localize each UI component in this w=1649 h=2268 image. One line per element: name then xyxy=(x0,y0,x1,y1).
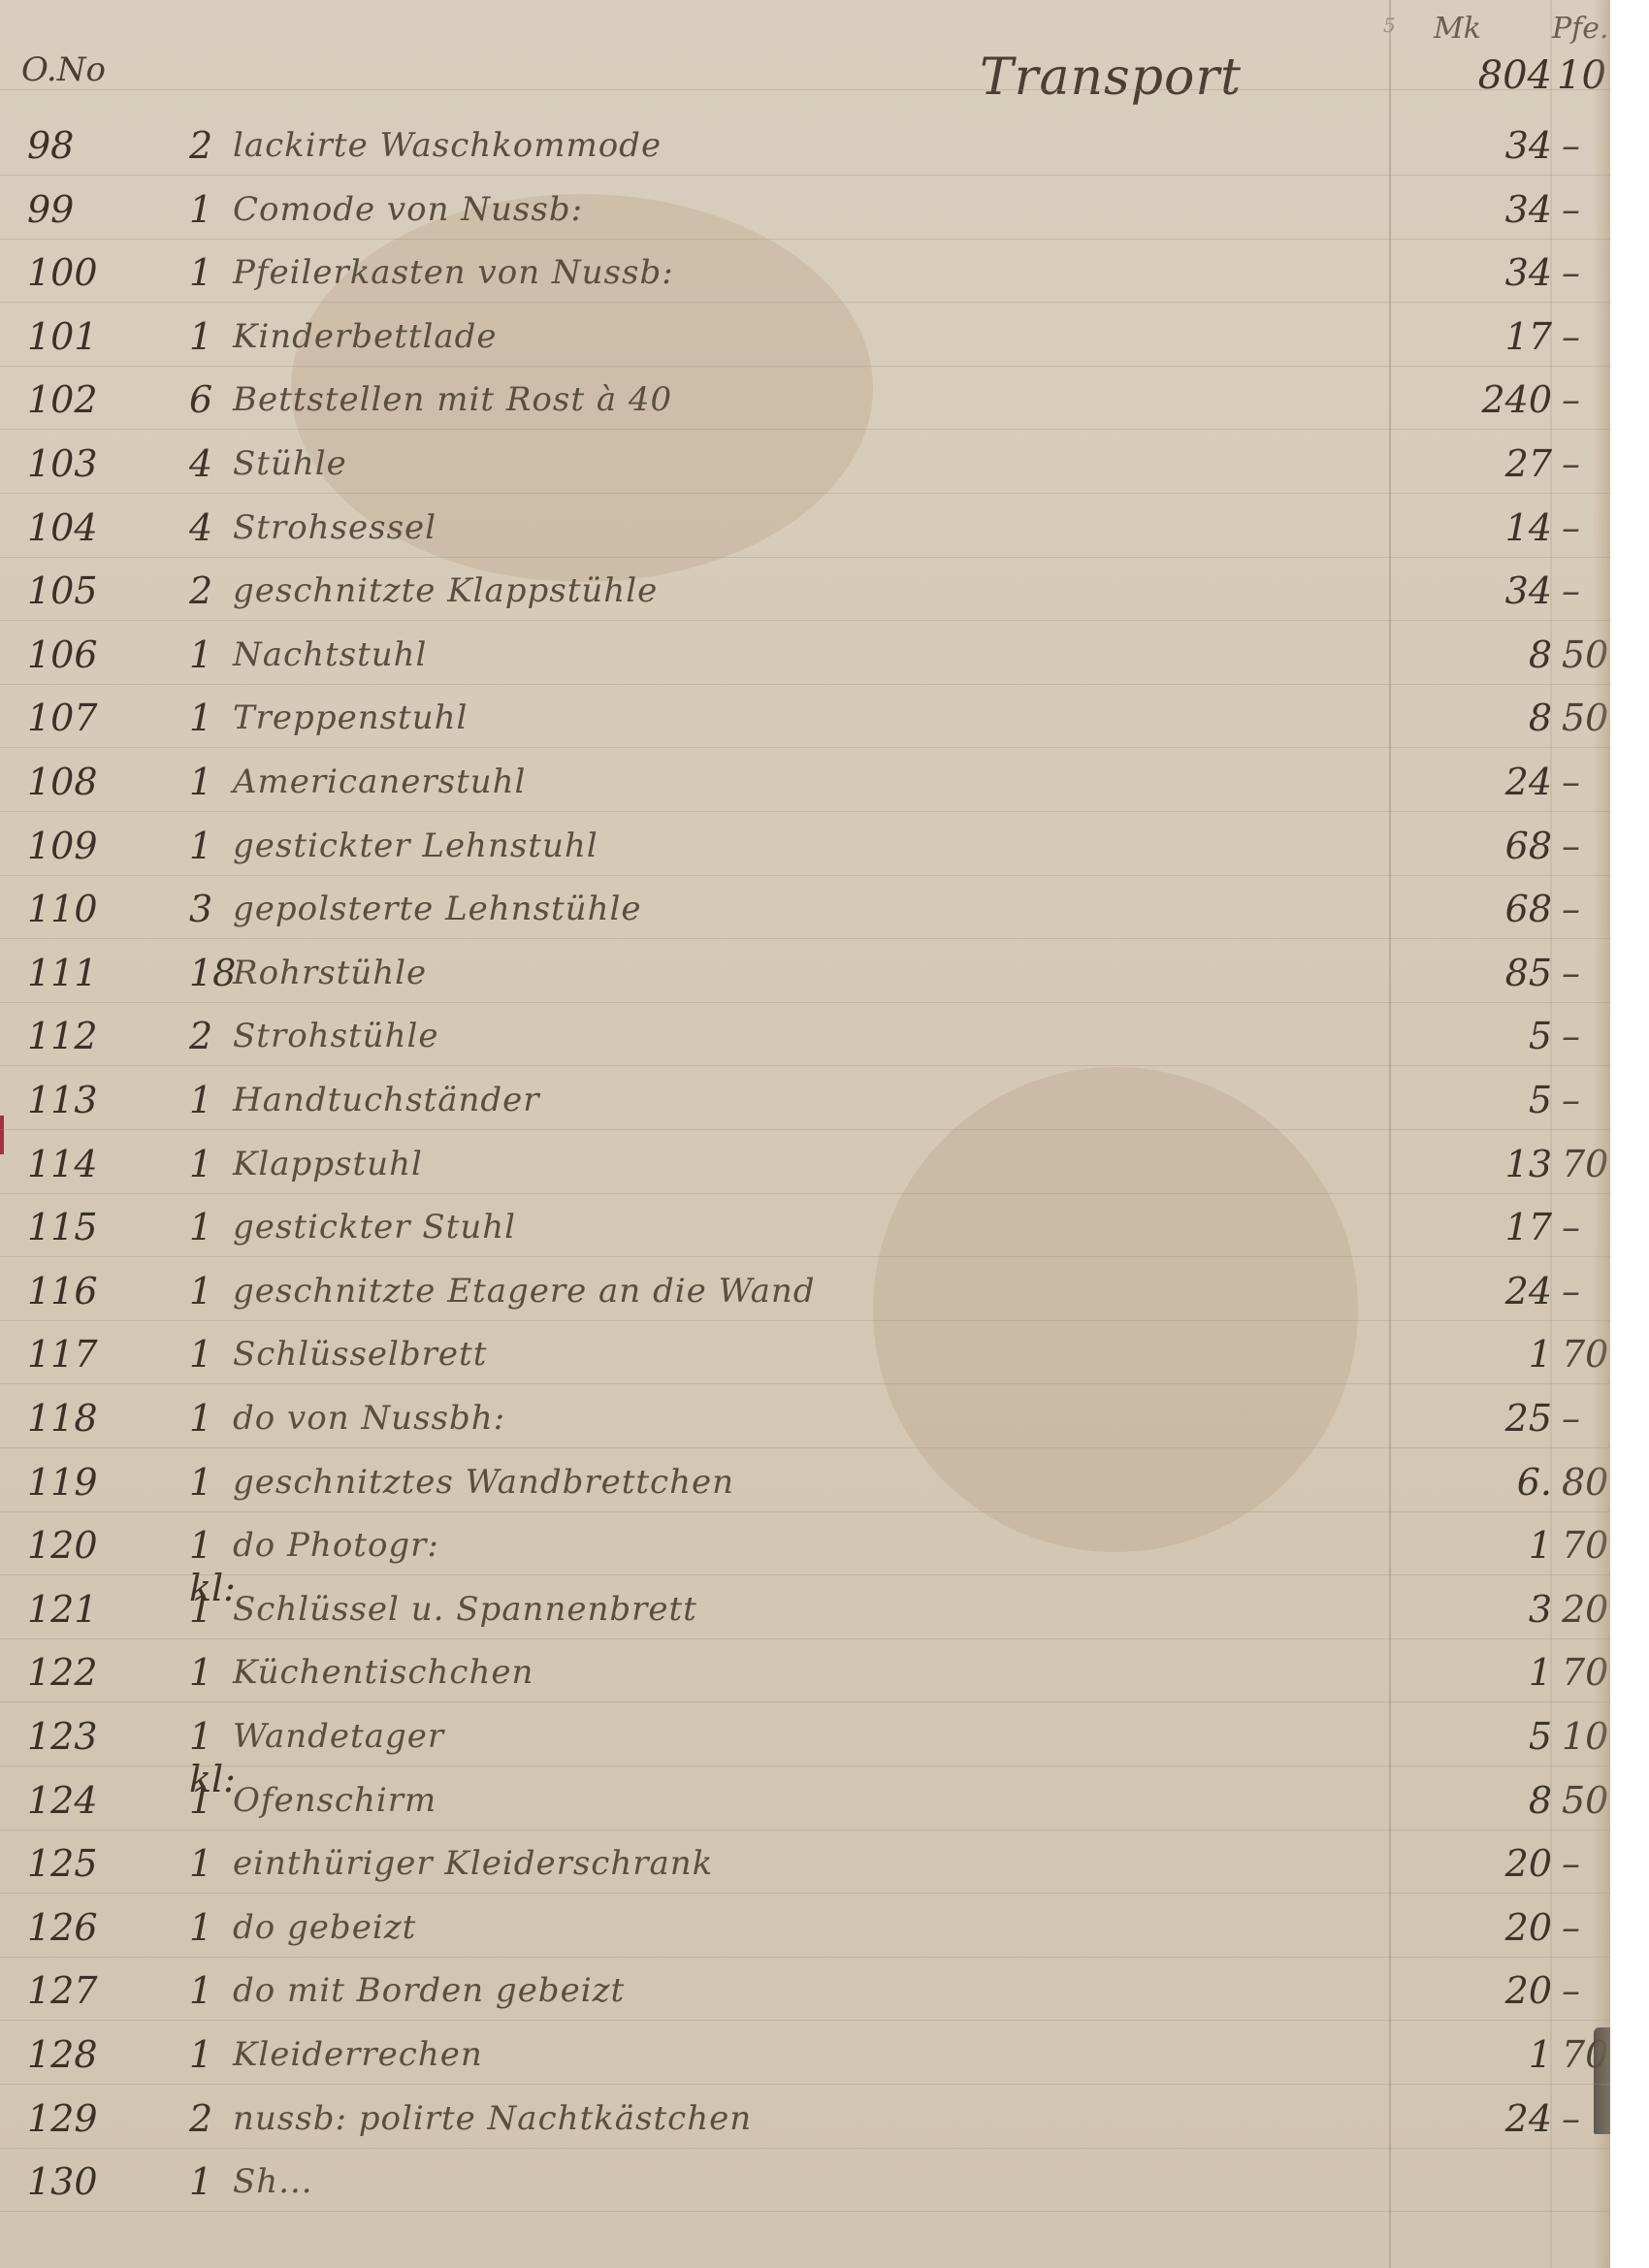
entry-quantity: 1 xyxy=(189,1206,228,1248)
row-rule xyxy=(0,1957,1610,1958)
row-rule xyxy=(0,239,1610,240)
row-rule xyxy=(0,747,1610,748)
entry-mark: 6. xyxy=(1416,1461,1552,1504)
ledger-entry: 1251einthüriger Kleiderschrank20– xyxy=(0,1834,1610,1896)
row-rule xyxy=(0,1830,1610,1831)
row-rule xyxy=(0,1256,1610,1257)
entry-description: do von Nussbh: xyxy=(233,1399,505,1438)
ledger-page: O.No Transport 5 Mk Pfe. 804 10 982lacki… xyxy=(0,0,1610,2268)
number-column-header: O.No xyxy=(21,50,106,89)
entry-pfennig: – xyxy=(1562,124,1610,167)
entry-quantity: 6 xyxy=(189,378,228,421)
entry-pfennig: 70 xyxy=(1562,1333,1610,1376)
entry-pfennig: – xyxy=(1562,1270,1610,1312)
entry-mark: 34 xyxy=(1416,188,1552,231)
row-rule xyxy=(0,366,1610,367)
row-rule xyxy=(0,1193,1610,1194)
entry-number: 120 xyxy=(27,1524,119,1567)
ledger-entry: 1131Handtuchständer5– xyxy=(0,1071,1610,1133)
entry-description: nussb: polirte Nachtkästchen xyxy=(233,2099,752,2138)
entry-quantity: 1 xyxy=(189,188,228,231)
entry-pfennig: – xyxy=(1562,315,1610,358)
row-rule xyxy=(0,557,1610,558)
entry-quantity: 1 xyxy=(189,1779,228,1822)
row-rule xyxy=(0,2148,1610,2149)
ledger-entry: 1191geschnitztes Wandbrettchen6.80 xyxy=(0,1453,1610,1515)
entry-number: 125 xyxy=(27,1842,119,1885)
entry-number: 105 xyxy=(27,569,119,612)
entry-number: 129 xyxy=(27,2097,119,2140)
entry-pfennig: 50 xyxy=(1562,633,1610,676)
entry-quantity: 1 xyxy=(189,697,228,739)
entry-description: Stühle xyxy=(233,444,347,483)
entry-mark: 1 xyxy=(1416,1333,1552,1376)
row-rule xyxy=(0,2084,1610,2085)
entry-number: 104 xyxy=(27,506,119,549)
entry-mark: 68 xyxy=(1416,888,1552,930)
transport-label: Transport xyxy=(980,49,1242,107)
entry-pfennig: 70 xyxy=(1562,1651,1610,1694)
entry-number: 102 xyxy=(27,378,119,421)
entry-pfennig: – xyxy=(1562,569,1610,612)
entry-description: Pfeilerkasten von Nussb: xyxy=(233,253,674,292)
entry-description: Americanerstuhl xyxy=(233,762,526,801)
ledger-entry: 1081Americanerstuhl24– xyxy=(0,753,1610,815)
row-rule xyxy=(0,1002,1610,1003)
ledger-entry: 1261do gebeizt20– xyxy=(0,1898,1610,1960)
ledger-entry: 1231 kl:Wandetager510 xyxy=(0,1707,1610,1769)
entry-mark: 240 xyxy=(1416,378,1552,421)
entry-mark: 68 xyxy=(1416,825,1552,867)
ledger-entry: 1161geschnitzte Etagere an die Wand24– xyxy=(0,1262,1610,1324)
entry-pfennig: – xyxy=(1562,378,1610,421)
entry-pfennig: 50 xyxy=(1562,1779,1610,1822)
ledger-entry: 1151gestickter Stuhl17– xyxy=(0,1198,1610,1260)
entry-quantity: 1 xyxy=(189,2160,228,2203)
carry-over-mark: 804 xyxy=(1445,53,1552,98)
entry-quantity: 4 xyxy=(189,506,228,549)
entry-description: Comode von Nussb: xyxy=(233,190,583,229)
entry-quantity: 1 xyxy=(189,1969,228,2012)
entry-mark: 5 xyxy=(1416,1079,1552,1121)
entry-mark: 27 xyxy=(1416,442,1552,485)
entry-mark: 5 xyxy=(1416,1015,1552,1057)
entry-mark: 8 xyxy=(1416,697,1552,739)
entry-pfennig: – xyxy=(1562,1015,1610,1057)
entry-description: Strohstühle xyxy=(233,1017,438,1055)
entry-pfennig: – xyxy=(1562,188,1610,231)
ledger-entry: 1034Stühle27– xyxy=(0,435,1610,497)
entry-number: 117 xyxy=(27,1333,119,1376)
entry-number: 127 xyxy=(27,1969,119,2012)
header-rule xyxy=(0,89,1610,90)
entry-pfennig: 50 xyxy=(1562,697,1610,739)
ledger-entry: 982lackirte Waschkommode34– xyxy=(0,116,1610,178)
entry-pfennig: 70 xyxy=(1562,1524,1610,1567)
row-rule xyxy=(0,620,1610,621)
entry-description: Nachtstuhl xyxy=(233,635,427,674)
entry-pfennig: – xyxy=(1562,1906,1610,1949)
entry-quantity: 1 xyxy=(189,1270,228,1312)
row-rule xyxy=(0,493,1610,494)
entry-pfennig: 70 xyxy=(1562,1143,1610,1185)
row-rule xyxy=(0,1638,1610,1639)
entry-number: 130 xyxy=(27,2160,119,2203)
entry-mark: 1 xyxy=(1416,1651,1552,1694)
entry-pfennig: 80 xyxy=(1562,1461,1610,1504)
entry-quantity: 1 xyxy=(189,825,228,867)
ledger-entry: 1241Ofenschirm850 xyxy=(0,1771,1610,1833)
page-number: 5 xyxy=(1383,14,1396,37)
entry-pfennig: – xyxy=(1562,1397,1610,1440)
row-rule xyxy=(0,811,1610,812)
entry-quantity: 1 xyxy=(189,1143,228,1185)
ledger-entry: 1061Nachtstuhl850 xyxy=(0,626,1610,688)
entry-description: Schlüssel u. Spannenbrett xyxy=(233,1590,697,1629)
entry-pfennig: – xyxy=(1562,2097,1610,2140)
entry-pfennig: – xyxy=(1562,251,1610,294)
entry-quantity: 2 xyxy=(189,1015,228,1057)
ledger-entry: 1122Strohstühle5– xyxy=(0,1007,1610,1069)
entry-number: 110 xyxy=(27,888,119,930)
entry-number: 124 xyxy=(27,1779,119,1822)
entry-description: geschnitzte Etagere an die Wand xyxy=(233,1272,816,1311)
ledger-entry: 1281Kleiderrechen170 xyxy=(0,2025,1610,2088)
row-rule xyxy=(0,1129,1610,1130)
ledger-entry: 1171Schlüsselbrett170 xyxy=(0,1325,1610,1387)
entry-number: 116 xyxy=(27,1270,119,1312)
entry-quantity: 2 xyxy=(189,2097,228,2140)
entry-number: 126 xyxy=(27,1906,119,1949)
entry-quantity: 1 xyxy=(189,1461,228,1504)
entry-quantity: 4 xyxy=(189,442,228,485)
ledger-entry: 1001Pfeilerkasten von Nussb:34– xyxy=(0,243,1610,306)
entry-number: 123 xyxy=(27,1715,119,1758)
entry-number: 114 xyxy=(27,1143,119,1185)
entry-mark: 13 xyxy=(1416,1143,1552,1185)
entry-mark: 24 xyxy=(1416,2097,1552,2140)
ledger-entry: 1044Strohsessel14– xyxy=(0,499,1610,561)
ledger-entry: 1211Schlüssel u. Spannenbrett320 xyxy=(0,1580,1610,1642)
ledger-entry: 1201 kl:do Photogr:170 xyxy=(0,1516,1610,1578)
entry-quantity: 1 xyxy=(189,633,228,676)
entry-mark: 20 xyxy=(1416,1906,1552,1949)
entry-quantity: 1 xyxy=(189,1397,228,1440)
entry-description: Schlüsselbrett xyxy=(233,1335,487,1374)
entry-pfennig: – xyxy=(1562,888,1610,930)
entry-quantity: 1 xyxy=(189,1588,228,1631)
entry-number: 128 xyxy=(27,2033,119,2076)
entry-quantity: 2 xyxy=(189,124,228,167)
entry-description: do mit Borden gebeizt xyxy=(233,1971,625,2010)
entry-number: 98 xyxy=(27,124,119,167)
row-rule xyxy=(0,938,1610,939)
entry-mark: 1 xyxy=(1416,2033,1552,2076)
entry-number: 107 xyxy=(27,697,119,739)
entry-mark: 85 xyxy=(1416,952,1552,994)
entry-mark: 24 xyxy=(1416,1270,1552,1312)
entry-description: Strohsessel xyxy=(233,508,436,547)
entry-mark: 25 xyxy=(1416,1397,1552,1440)
entry-description: Wandetager xyxy=(233,1717,444,1756)
entry-number: 122 xyxy=(27,1651,119,1694)
row-rule xyxy=(0,1574,1610,1575)
entry-pfennig: – xyxy=(1562,1842,1610,1885)
entry-description: Handtuchständer xyxy=(233,1081,540,1119)
entry-quantity: 1 xyxy=(189,1651,228,1694)
row-rule xyxy=(0,875,1610,876)
entry-description: geschnitztes Wandbrettchen xyxy=(233,1463,734,1502)
ledger-entry: 1011Kinderbettlade17– xyxy=(0,308,1610,370)
entry-description: geschnitzte Klappstühle xyxy=(233,571,658,610)
entry-description: einthüriger Kleiderschrank xyxy=(233,1844,713,1883)
entry-description: gepolsterte Lehnstühle xyxy=(233,890,641,928)
ledger-entry: 1301Sh... xyxy=(0,2153,1610,2215)
entry-number: 108 xyxy=(27,761,119,803)
row-rule xyxy=(0,1383,1610,1384)
entry-description: do gebeizt xyxy=(233,1908,416,1947)
entry-number: 121 xyxy=(27,1588,119,1631)
entry-pfennig: – xyxy=(1562,761,1610,803)
entry-pfennig: 10 xyxy=(1562,1715,1610,1758)
torn-edge xyxy=(1594,2027,1610,2134)
carry-over-pfennig: 10 xyxy=(1557,53,1610,98)
entry-quantity: 1 xyxy=(189,251,228,294)
entry-quantity: 1 xyxy=(189,1333,228,1376)
entry-description: gestickter Lehnstuhl xyxy=(233,826,598,865)
ledger-entry: 1271do mit Borden gebeizt20– xyxy=(0,1961,1610,2024)
ledger-entry: 1071Treppenstuhl850 xyxy=(0,689,1610,751)
row-rule xyxy=(0,175,1610,176)
entry-pfennig: 20 xyxy=(1562,1588,1610,1631)
ledger-entry: 1141Klappstuhl1370 xyxy=(0,1135,1610,1197)
ledger-entry: 1026Bettstellen mit Rost à 40240– xyxy=(0,371,1610,433)
ledger-entry: 1292nussb: polirte Nachtkästchen24– xyxy=(0,2090,1610,2152)
entry-description: Klappstuhl xyxy=(233,1145,423,1183)
entry-quantity: 1 xyxy=(189,315,228,358)
entry-description: Rohrstühle xyxy=(233,954,427,992)
entry-pfennig: – xyxy=(1562,442,1610,485)
entry-number: 111 xyxy=(27,952,119,994)
row-rule xyxy=(0,2211,1610,2212)
entry-quantity: 3 xyxy=(189,888,228,930)
ledger-entry: 1091gestickter Lehnstuhl68– xyxy=(0,817,1610,879)
entry-description: Treppenstuhl xyxy=(233,698,468,737)
entry-mark: 34 xyxy=(1416,251,1552,294)
entry-pfennig: – xyxy=(1562,1206,1610,1248)
pfennig-column-header: Pfe. xyxy=(1552,12,1609,46)
entry-mark: 1 xyxy=(1416,1524,1552,1567)
entry-description: Küchentischchen xyxy=(233,1653,533,1692)
entry-number: 119 xyxy=(27,1461,119,1504)
entry-mark: 20 xyxy=(1416,1969,1552,2012)
row-rule xyxy=(0,302,1610,303)
entry-number: 115 xyxy=(27,1206,119,1248)
entry-description: Bettstellen mit Rost à 40 xyxy=(233,380,672,419)
row-rule xyxy=(0,1893,1610,1894)
entry-description: gestickter Stuhl xyxy=(233,1208,516,1247)
entry-pfennig: – xyxy=(1562,825,1610,867)
entry-description: do Photogr: xyxy=(233,1526,439,1565)
entry-mark: 17 xyxy=(1416,315,1552,358)
entry-quantity: 1 xyxy=(189,2033,228,2076)
entry-quantity: 18 xyxy=(189,952,228,994)
row-rule xyxy=(0,1447,1610,1448)
entry-mark: 17 xyxy=(1416,1206,1552,1248)
entry-description: Sh... xyxy=(233,2162,313,2201)
ledger-entry: 1221Küchentischchen170 xyxy=(0,1643,1610,1705)
entry-description: lackirte Waschkommode xyxy=(233,126,662,165)
ledger-entry: 11118Rohrstühle85– xyxy=(0,944,1610,1006)
entry-mark: 3 xyxy=(1416,1588,1552,1631)
mark-column-header: Mk xyxy=(1434,12,1481,46)
row-rule xyxy=(0,1701,1610,1702)
row-rule xyxy=(0,429,1610,430)
entry-quantity: 2 xyxy=(189,569,228,612)
entry-description: Kleiderrechen xyxy=(233,2035,483,2074)
row-rule xyxy=(0,2020,1610,2021)
entry-mark: 20 xyxy=(1416,1842,1552,1885)
entry-description: Ofenschirm xyxy=(233,1781,436,1820)
entry-quantity: 1 xyxy=(189,1906,228,1949)
entry-number: 99 xyxy=(27,188,119,231)
entry-number: 100 xyxy=(27,251,119,294)
entry-number: 112 xyxy=(27,1015,119,1057)
entry-mark: 34 xyxy=(1416,569,1552,612)
entry-pfennig: – xyxy=(1562,1969,1610,2012)
row-rule xyxy=(0,1320,1610,1321)
entry-pfennig: – xyxy=(1562,506,1610,549)
entry-number: 118 xyxy=(27,1397,119,1440)
entry-number: 101 xyxy=(27,315,119,358)
entry-pfennig: – xyxy=(1562,952,1610,994)
entry-mark: 8 xyxy=(1416,633,1552,676)
entry-description: Kinderbettlade xyxy=(233,317,498,356)
entry-number: 113 xyxy=(27,1079,119,1121)
entry-quantity: 1 xyxy=(189,1079,228,1121)
entry-mark: 8 xyxy=(1416,1779,1552,1822)
entry-quantity: 1 xyxy=(189,1842,228,1885)
entry-pfennig: – xyxy=(1562,1079,1610,1121)
entry-mark: 24 xyxy=(1416,761,1552,803)
ledger-entry: 1103gepolsterte Lehnstühle68– xyxy=(0,880,1610,942)
row-rule xyxy=(0,684,1610,685)
entry-mark: 14 xyxy=(1416,506,1552,549)
entry-number: 103 xyxy=(27,442,119,485)
ledger-entry: 1052geschnitzte Klappstühle34– xyxy=(0,562,1610,624)
row-rule xyxy=(0,1511,1610,1512)
entry-pfennig: 70 xyxy=(1562,2033,1610,2076)
entry-number: 109 xyxy=(27,825,119,867)
row-rule xyxy=(0,1766,1610,1766)
entry-number: 106 xyxy=(27,633,119,676)
ledger-entry: 991Comode von Nussb:34– xyxy=(0,180,1610,243)
row-rule xyxy=(0,1065,1610,1066)
ledger-entry: 1181do von Nussbh:25– xyxy=(0,1389,1610,1451)
entry-quantity: 1 xyxy=(189,761,228,803)
entry-mark: 34 xyxy=(1416,124,1552,167)
entry-mark: 5 xyxy=(1416,1715,1552,1758)
